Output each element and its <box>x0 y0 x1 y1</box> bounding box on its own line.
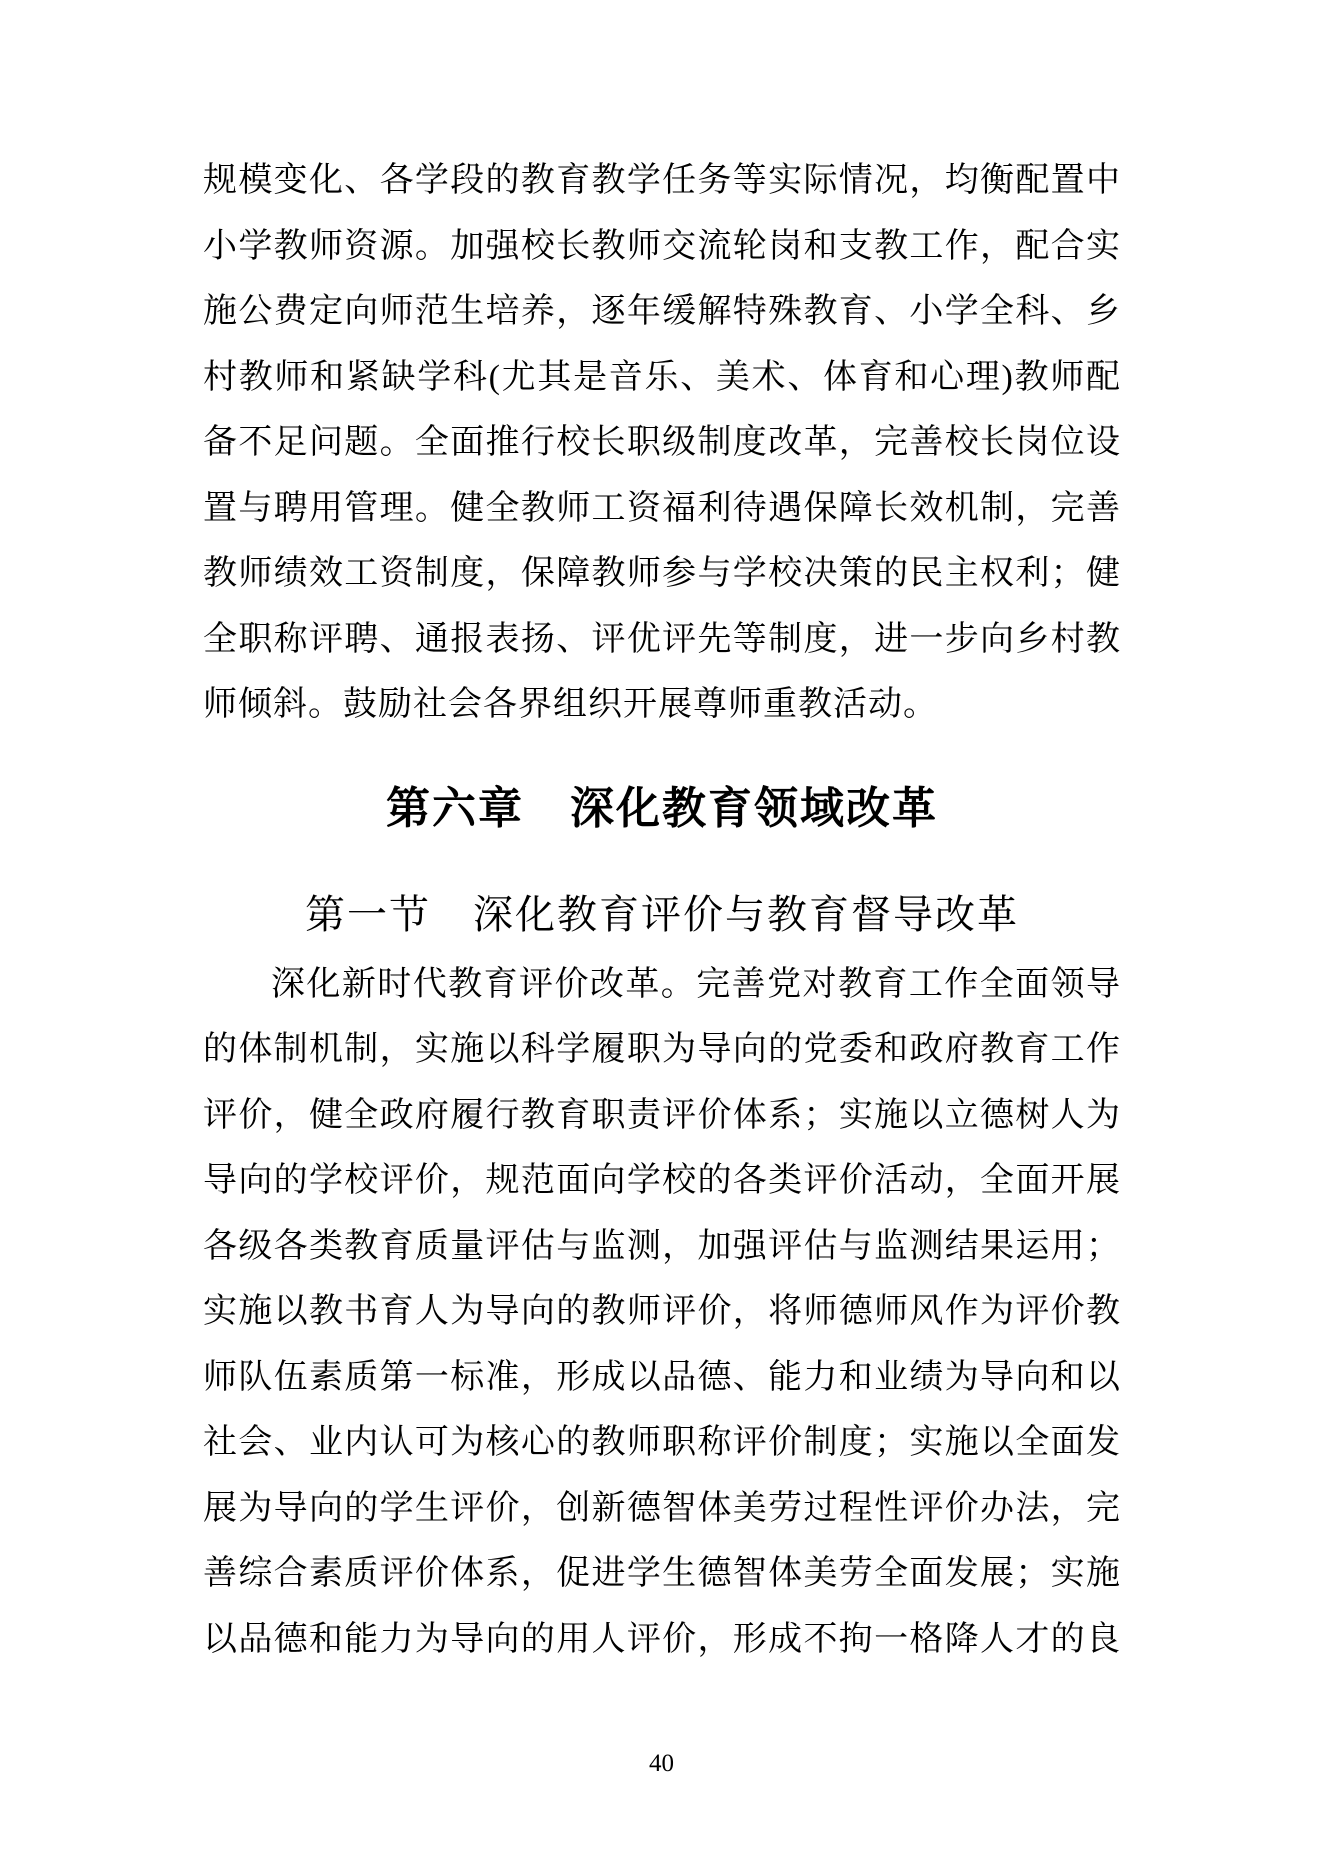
body-text-line: 实施以教书育人为导向的教师评价，将师德师风作为评价教 <box>203 1279 1121 1345</box>
body-paragraph-continuation: 规模变化、各学段的教育教学任务等实际情况，均衡配置中小学教师资源。加强校长教师交… <box>203 148 1121 738</box>
body-text-line: 施公费定向师范生培养，逐年缓解特殊教育、小学全科、乡 <box>203 279 1121 345</box>
body-text-line: 导向的学校评价，规范面向学校的各类评价活动，全面开展 <box>203 1148 1121 1214</box>
body-text-line: 的体制机制，实施以科学履职为导向的党委和政府教育工作 <box>203 1017 1121 1083</box>
body-text-line: 展为导向的学生评价，创新德智体美劳过程性评价办法，完 <box>203 1476 1121 1542</box>
body-text-line: 全职称评聘、通报表扬、评优评先等制度，进一步向乡村教 <box>203 607 1121 673</box>
body-text-line: 规模变化、各学段的教育教学任务等实际情况，均衡配置中 <box>203 148 1121 214</box>
document-page: 规模变化、各学段的教育教学任务等实际情况，均衡配置中小学教师资源。加强校长教师交… <box>0 0 1323 1871</box>
body-text-line: 社会、业内认可为核心的教师职称评价制度；实施以全面发 <box>203 1410 1121 1476</box>
body-text-line: 小学教师资源。加强校长教师交流轮岗和支教工作，配合实 <box>203 214 1121 280</box>
body-text-line: 善综合素质评价体系，促进学生德智体美劳全面发展；实施 <box>203 1541 1121 1607</box>
body-text-line: 村教师和紧缺学科(尤其是音乐、美术、体育和心理)教师配 <box>203 345 1121 411</box>
section-heading: 第一节 深化教育评价与教育督导改革 <box>203 888 1121 942</box>
chapter-heading: 第六章 深化教育领域改革 <box>203 780 1121 838</box>
body-text-line: 置与聘用管理。健全教师工资福利待遇保障长效机制，完善 <box>203 476 1121 542</box>
body-text-line: 备不足问题。全面推行校长职级制度改革，完善校长岗位设 <box>203 410 1121 476</box>
page-content: 规模变化、各学段的教育教学任务等实际情况，均衡配置中小学教师资源。加强校长教师交… <box>0 0 1323 1672</box>
page-number: 40 <box>0 1749 1323 1779</box>
body-text-line: 深化新时代教育评价改革。完善党对教育工作全面领导 <box>203 952 1121 1018</box>
body-text-line: 师队伍素质第一标准，形成以品德、能力和业绩为导向和以 <box>203 1345 1121 1411</box>
body-text-line: 以品德和能力为导向的用人评价，形成不拘一格降人才的良 <box>203 1607 1121 1673</box>
body-text-line: 师倾斜。鼓励社会各界组织开展尊师重教活动。 <box>203 672 1121 738</box>
body-text-line: 教师绩效工资制度，保障教师参与学校决策的民主权利；健 <box>203 541 1121 607</box>
body-text-line: 各级各类教育质量评估与监测，加强评估与监测结果运用； <box>203 1214 1121 1280</box>
body-paragraph-section1: 深化新时代教育评价改革。完善党对教育工作全面领导的体制机制，实施以科学履职为导向… <box>203 952 1121 1673</box>
body-text-line: 评价，健全政府履行教育职责评价体系；实施以立德树人为 <box>203 1083 1121 1149</box>
